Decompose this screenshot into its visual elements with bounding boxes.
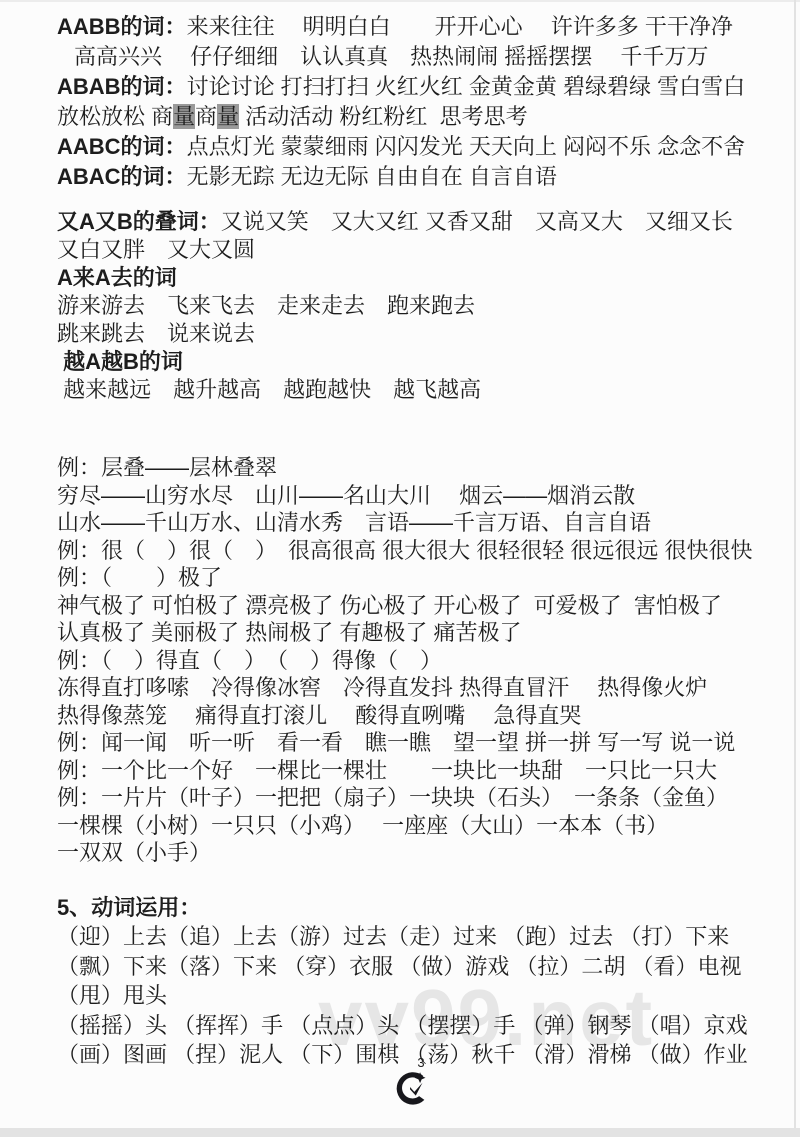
line-text: （飘）下来（落）下来 （穿）衣服 （做）游戏 （拉）二胡 （看）电视 — [57, 954, 741, 979]
line-text: 例：一片片（叶子）一把把（扇子）一块块（石头） 一条条（金鱼） — [57, 785, 728, 810]
line-text: 放松放松 商 — [57, 104, 173, 129]
text-line: （摇摇）头 （挥挥）手 （点点）头 （摆摆）手 （弹）钢琴 （唱）京戏 — [57, 1011, 790, 1041]
line-text: 又白又胖 又大又圆 — [57, 237, 255, 262]
text-line: 神气极了 可怕极了 漂亮极了 伤心极了 开心极了 可爱极了 害怕极了 — [57, 592, 790, 620]
line-text: 山水——千山万水、山清水秀 言语——千言万语、自言自语 — [57, 510, 651, 535]
text-line: 一棵棵（小树）一只只（小鸡） 一座座（大山）一本本（书） — [57, 812, 790, 840]
line-text: 无影无踪 无边无际 自由自在 自言自语 — [187, 164, 557, 189]
section-s3: 例：层叠——层林叠翠穷尽——山穷水尽 山川——名山大川 烟云——烟消云散山水——… — [57, 454, 790, 867]
highlighted-text: 量 — [217, 104, 239, 129]
line-text: 热得像蒸笼 痛得直打滚儿 酸得直咧嘴 急得直哭 — [57, 703, 581, 728]
text-line: 高高兴兴 仔仔细细 认认真真 热热闹闹 摇摇摆摆 千千万万 — [57, 42, 790, 72]
line-text: 点点灯光 蒙蒙细雨 闪闪发光 天天向上 闷闷不乐 念念不舍 — [187, 134, 746, 159]
line-text: 认真极了 美丽极了 热闹极了 有趣极了 痛苦极了 — [57, 620, 521, 645]
line-text: 一棵棵（小树）一只只（小鸡） 一座座（大山）一本本（书） — [57, 813, 668, 838]
section-s1: AABB的词：来来往往 明明白白 开开心心 许许多多 干干净净高高兴兴 仔仔细细… — [57, 12, 790, 192]
text-line: 例：（ ）得直（ ） （ ）得像（ ） — [57, 647, 790, 675]
text-line: 越来越远 越升越高 越跑越快 越飞越高 — [57, 376, 790, 404]
text-line: 穷尽——山穷水尽 山川——名山大川 烟云——烟消云散 — [57, 482, 790, 510]
scan-edge-top — [0, 0, 800, 2]
text-line: 跳来跳去 说来说去 — [57, 320, 790, 348]
text-line: 例：一片片（叶子）一把把（扇子）一块块（石头） 一条条（金鱼） — [57, 784, 790, 812]
text-line: AABC的词：点点灯光 蒙蒙细雨 闪闪发光 天天向上 闷闷不乐 念念不舍 — [57, 132, 790, 162]
line-heading: 5、动词运用： — [57, 895, 201, 920]
text-line: （甩）甩头 — [57, 981, 790, 1011]
text-line: 5、动词运用： — [57, 893, 790, 923]
highlighted-text: 量 — [173, 104, 195, 129]
document-page: vv99.net AABB的词：来来往往 明明白白 开开心心 许许多多 干干净净… — [0, 0, 800, 1137]
line-heading: A来A去的词 — [57, 265, 177, 290]
text-line: A来A去的词 — [57, 264, 790, 292]
line-text: 冻得直打哆嗦 冷得像冰窖 冷得直发抖 热得直冒汗 热得像火炉 — [57, 675, 707, 700]
line-heading: 又A又B的叠词： — [57, 209, 221, 234]
document-content: AABB的词：来来往往 明明白白 开开心心 许许多多 干干净净高高兴兴 仔仔细细… — [57, 12, 790, 1070]
line-text: （摇摇）头 （挥挥）手 （点点）头 （摆摆）手 （弹）钢琴 （唱）京戏 — [57, 1013, 748, 1038]
section-s4: 5、动词运用：（迎）上去（追）上去（游）过去（走）过来 （跑）过去 （打）下来（… — [57, 893, 790, 1070]
text-line: 冻得直打哆嗦 冷得像冰窖 冷得直发抖 热得直冒汗 热得像火炉 — [57, 674, 790, 702]
text-line: 越A越B的词 — [57, 348, 790, 376]
line-text: （迎）上去（追）上去（游）过去（走）过来 （跑）过去 （打）下来 — [57, 924, 729, 949]
text-line: 例：很（ ）很（ ） 很高很高 很大很大 很轻很轻 很远很远 很快很快 — [57, 537, 790, 565]
line-text: （甩）甩头 — [57, 983, 167, 1008]
line-text: 高高兴兴 仔仔细细 认认真真 热热闹闹 摇摇摆摆 千千万万 — [74, 44, 708, 69]
line-text: 游来游去 飞来飞去 走来走去 跑来跑去 — [57, 293, 475, 318]
line-text: 又说又笑 又大又红 又香又甜 又高又大 又细又长 — [221, 209, 733, 234]
line-text: 一双双（小手） — [57, 840, 211, 865]
line-heading: ABAC的词： — [57, 164, 187, 189]
line-text: 例：（ ）得直（ ） （ ）得像（ ） — [57, 648, 442, 673]
text-line: AABB的词：来来往往 明明白白 开开心心 许许多多 干干净净 — [57, 12, 790, 42]
line-text: 活动活动 粉红粉红 思考思考 — [239, 104, 527, 129]
line-heading: AABC的词： — [57, 134, 187, 159]
text-line: 例：（ ）极了 — [57, 564, 790, 592]
text-line: ABAC的词：无影无踪 无边无际 自由自在 自言自语 — [57, 162, 790, 192]
line-text: 穷尽——山穷水尽 山川——名山大川 烟云——烟消云散 — [57, 483, 635, 508]
line-text: 神气极了 可怕极了 漂亮极了 伤心极了 开心极了 可爱极了 害怕极了 — [57, 593, 722, 618]
text-line: （飘）下来（落）下来 （穿）衣服 （做）游戏 （拉）二胡 （看）电视 — [57, 952, 790, 982]
line-heading: 越A越B的词 — [57, 349, 183, 374]
line-text: 跳来跳去 说来说去 — [57, 321, 255, 346]
scan-edge-right — [794, 0, 796, 1137]
line-text: 例：很（ ）很（ ） 很高很高 很大很大 很轻很轻 很远很远 很快很快 — [57, 538, 752, 563]
section-s2: 又A又B的叠词：又说又笑 又大又红 又香又甜 又高又大 又细又长又白又胖 又大又… — [57, 208, 790, 404]
text-line: 例：闻一闻 听一听 看一看 瞧一瞧 望一望 拼一拼 写一写 说一说 — [57, 729, 790, 757]
line-text: 越来越远 越升越高 越跑越快 越飞越高 — [57, 377, 481, 402]
text-line: 放松放松 商量商量 活动活动 粉红粉红 思考思考 — [57, 102, 790, 132]
text-line: ABAB的词：讨论讨论 打扫打扫 火红火红 金黄金黄 碧绿碧绿 雪白雪白 — [57, 72, 790, 102]
line-heading: ABAB的词： — [57, 74, 187, 99]
text-line: 例：一个比一个好 一棵比一棵壮 一块比一块甜 一只比一只大 — [57, 757, 790, 785]
line-text: 商 — [195, 104, 217, 129]
page-footer: 3 — [0, 1056, 800, 1109]
text-line: 又A又B的叠词：又说又笑 又大又红 又香又甜 又高又大 又细又长 — [57, 208, 790, 236]
line-text: 来来往往 明明白白 开开心心 许许多多 干干净净 — [187, 14, 733, 39]
line-text: 例：（ ）极了 — [57, 565, 222, 590]
text-line: 山水——千山万水、山清水秀 言语——千言万语、自言自语 — [57, 509, 790, 537]
text-line: 例：层叠——层林叠翠 — [57, 454, 790, 482]
line-heading: AABB的词： — [57, 14, 187, 39]
line-text: 例：闻一闻 听一听 看一看 瞧一瞧 望一望 拼一拼 写一写 说一说 — [57, 730, 735, 755]
text-line: 热得像蒸笼 痛得直打滚儿 酸得直咧嘴 急得直哭 — [57, 702, 790, 730]
text-line: 认真极了 美丽极了 热闹极了 有趣极了 痛苦极了 — [57, 619, 790, 647]
line-text: 讨论讨论 打扫打扫 火红火红 金黄金黄 碧绿碧绿 雪白雪白 — [187, 74, 746, 99]
text-line: 又白又胖 又大又圆 — [57, 236, 790, 264]
line-text: 例：一个比一个好 一棵比一棵壮 一块比一块甜 一只比一只大 — [57, 758, 717, 783]
line-text: 例：层叠——层林叠翠 — [57, 455, 277, 480]
scan-edge-bottom — [0, 1128, 800, 1137]
text-line: 游来游去 飞来飞去 走来走去 跑来跑去 — [57, 292, 790, 320]
publisher-logo-icon — [390, 1067, 432, 1109]
text-line: 一双双（小手） — [57, 839, 790, 867]
text-line: （迎）上去（追）上去（游）过去（走）过来 （跑）过去 （打）下来 — [57, 922, 790, 952]
